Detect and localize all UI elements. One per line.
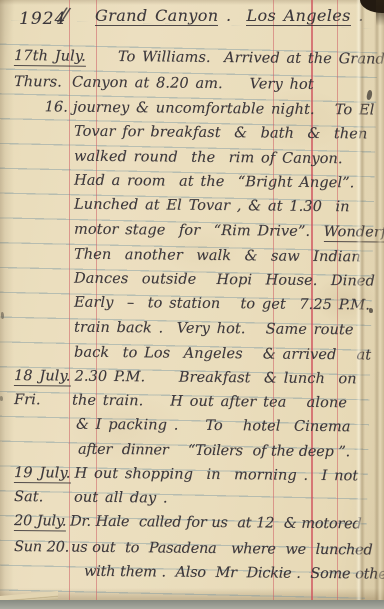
entry-text: out all day . — [68, 490, 168, 507]
entry-day: Sat. — [14, 489, 68, 506]
entry-date: 20 July. — [14, 513, 68, 531]
entry-day: Fri. — [14, 392, 68, 409]
notebook-page: 1924 // Grand Canyon . Los Angeles . 17t… — [0, 0, 384, 600]
title-grand-canyon: Grand Canyon — [95, 7, 218, 26]
title-separator: . — [218, 6, 246, 25]
entry-text: Dr. Hale called for us at 12 & motored — [68, 514, 362, 534]
diary-row: Tovar for breakfast & bath & then — [14, 123, 367, 142]
entry-text: Then another walk & saw Indian — [68, 247, 361, 266]
entry-text: To Williams. Arrived at the Grand — [86, 49, 384, 70]
entry-date-text: 20 July. — [14, 513, 66, 531]
entry-margin — [14, 196, 68, 213]
entry-margin — [14, 294, 68, 311]
entry-date-text: 18 July. — [14, 368, 71, 386]
entry-day-text: Sat. — [14, 489, 44, 505]
page-left-edge-shadow — [0, 0, 16, 600]
entry-day-text: Thurs. — [14, 74, 62, 90]
entry-margin — [14, 563, 68, 580]
diary-row: Early – to station to get 7.25 P.M. — [14, 294, 370, 313]
ink-blot — [0, 396, 3, 401]
binding-edge-shadow — [376, 0, 384, 26]
diary-row: Lunched at El Tovar , & at 1.30 in — [14, 196, 350, 215]
entry-day-text: Sun 20. — [14, 539, 69, 556]
entry-text: back to Los Angeles & arrived at — [68, 345, 371, 364]
diary-row: 20 July.Dr. Hale called for us at 12 & m… — [14, 513, 362, 534]
ink-blot — [1, 312, 4, 319]
diary-row: 18 July.2.30 P.M. Breakfast & lunch on — [14, 368, 357, 389]
diary-row: 19 July.H out shopping in morning . I no… — [14, 465, 358, 486]
entry-text: walked round the rim of Canyon. — [68, 149, 343, 168]
diary-row: Fri.the train. H out after tea alone — [14, 392, 347, 411]
entry-margin — [14, 148, 68, 165]
entry-date: 19 July. — [14, 465, 71, 483]
diary-row: motor stage for “Rim Drive”. Wonderful. — [14, 221, 384, 242]
diary-row: train back . Very hot. Same route — [14, 319, 354, 338]
diary-row: Sat.out all day . — [14, 489, 168, 506]
diary-row: & I packing . To hotel Cinema — [14, 416, 351, 435]
entry-date: 18 July. — [14, 368, 71, 386]
title-los-angeles: Los Angeles — [246, 7, 350, 26]
entry-date-text: 19 July. — [14, 465, 71, 483]
entry-text: Canyon at 8.20 am. Very hot — [68, 75, 314, 93]
entry-text: the train. H out after tea alone — [68, 393, 347, 412]
diary-row: Sun 20.us out to Pasadena where we lunch… — [14, 539, 373, 558]
entry-margin — [14, 172, 68, 189]
entry-day: Sun 20. — [14, 539, 69, 556]
entry-day-text: Fri. — [14, 392, 41, 408]
diary-row: Then another walk & saw Indian — [14, 246, 361, 265]
diary-row: walked round the rim of Canyon. — [14, 148, 343, 167]
entry-margin — [14, 441, 68, 458]
entry-margin — [14, 270, 68, 287]
entry-text: train back . Very hot. Same route — [68, 320, 354, 339]
diary-row: after dinner “Toilers of the deep ”. — [14, 441, 350, 460]
diary-row: Had a room at the “Bright Angel”. — [14, 172, 355, 191]
page-title: Grand Canyon . Los Angeles . — [95, 6, 364, 26]
entry-text: journey & uncomfortable night. To El — [73, 100, 375, 119]
entry-text: Tovar for breakfast & bath & then — [68, 124, 367, 143]
entry-margin — [14, 344, 68, 361]
diary-row: 17th July.To Williams. Arrived at the Gr… — [14, 48, 384, 69]
entry-text: 2.30 P.M. Breakfast & lunch on — [70, 369, 356, 389]
entry-day: Thurs. — [14, 74, 68, 91]
entry-margin — [14, 221, 68, 239]
entry-text: & I packing . To hotel Cinema — [68, 417, 351, 436]
desk-background — [0, 600, 384, 609]
entry-text: Had a room at the “Bright Angel”. — [68, 173, 355, 192]
entry-date-text: 17th July. — [14, 48, 86, 66]
entry-margin — [14, 319, 68, 336]
entry-text: motor stage for “Rim Drive”. Wonderful. — [68, 222, 384, 243]
entry-text: H out shopping in morning . I not — [70, 466, 358, 486]
diary-row: back to Los Angeles & arrived at — [14, 344, 371, 363]
entry-text: after dinner “Toilers of the deep ”. — [68, 442, 350, 461]
entry-margin — [14, 123, 68, 140]
entry-margin — [14, 416, 68, 433]
entry-text: Dances outside Hopi House. Dined — [68, 271, 375, 290]
entry-date-text: 16. — [45, 99, 69, 115]
entry-margin — [14, 246, 68, 263]
ink-blot — [369, 308, 373, 313]
entry-text-plain: motor stage for “Rim Drive”. — [74, 222, 324, 240]
entry-date: 17th July. — [14, 48, 86, 66]
entry-text: Early – to station to get 7.25 P.M. — [68, 295, 370, 314]
entry-text: with them . Also Mr Dickie . Some other — [68, 564, 384, 583]
entry-date: 16. — [14, 99, 73, 116]
entry-text: Lunched at El Tovar , & at 1.30 in — [68, 197, 350, 216]
entry-text: us out to Pasadena where we lunched — [69, 540, 373, 559]
diary-row: Thurs.Canyon at 8.20 am. Very hot — [14, 74, 314, 93]
